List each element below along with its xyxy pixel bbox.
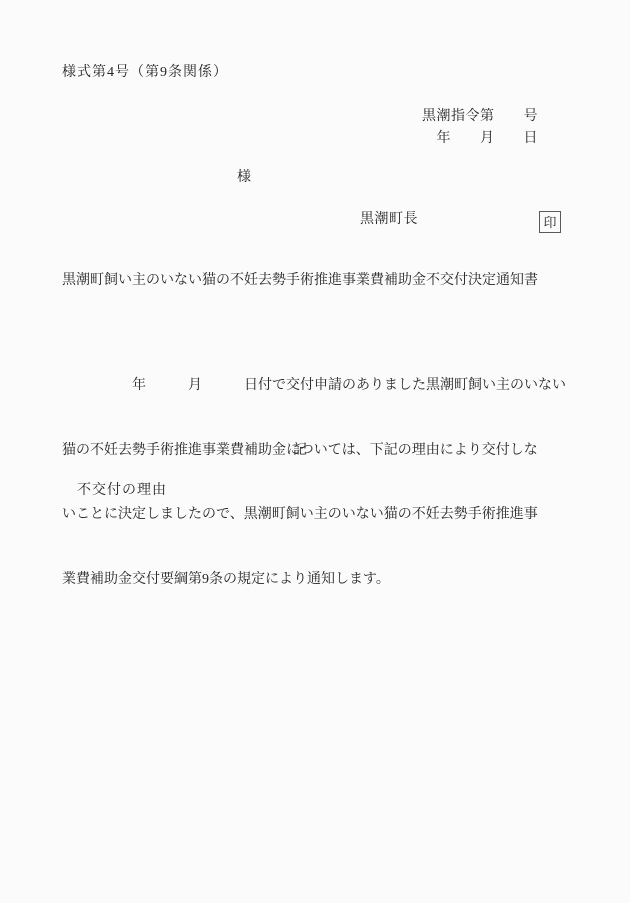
body-line: 業費補助金交付要綱第9条の規定により通知します。: [62, 569, 562, 591]
directive-number-line: 黒潮指令第 号: [62, 106, 538, 128]
record-marker: 記: [62, 440, 538, 462]
issuer-name: 黒潮町長: [360, 209, 418, 231]
seal-mark: 印: [543, 216, 556, 229]
form-number: 様式第4号（第9条関係）: [62, 62, 228, 84]
document-page: 様式第4号（第9条関係） 黒潮指令第 号 年 月 日 様 黒潮町長 印 黒潮町飼…: [0, 0, 630, 903]
reason-label: 不交付の理由: [77, 480, 167, 502]
body-line: 年 月 日付で交付申請のありました黒潮町飼い主のいない: [62, 375, 562, 397]
body-line: いことに決定しましたので、黒潮町飼い主のいない猫の不妊去勢手術推進事: [62, 504, 562, 526]
issue-date-line: 年 月 日: [62, 128, 538, 150]
seal-box: 印: [539, 211, 561, 233]
document-title: 黒潮町飼い主のいない猫の不妊去勢手術推進事業費補助金不交付決定通知書: [62, 270, 538, 292]
addressee-honorific: 様: [237, 167, 251, 189]
